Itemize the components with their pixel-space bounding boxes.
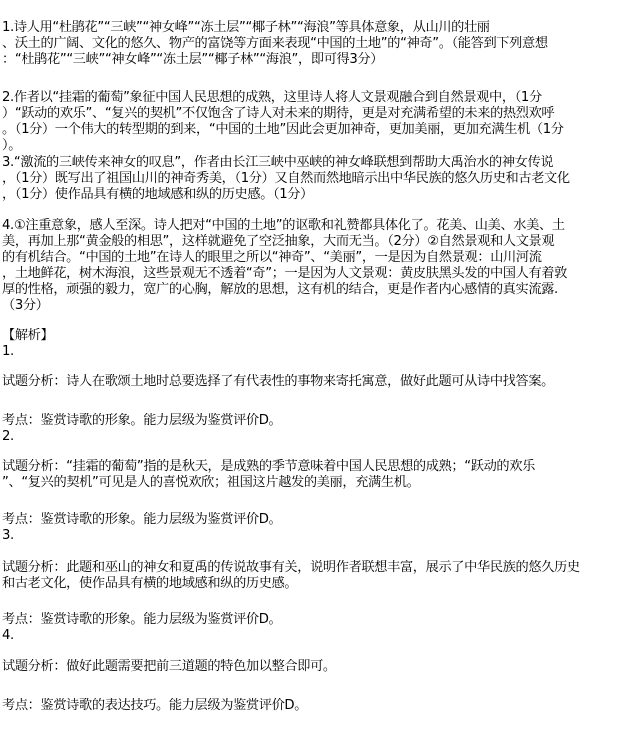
analysis-3-kaodian-block: 考点：鉴赏诗歌的形象。能力层级为鉴赏评价D。 4. bbox=[2, 612, 628, 644]
answer-1: 1.诗人用“杜鹃花”“三峡”“神女峰”“冻土层”“椰子林”“海浪”等具体意象，从… bbox=[2, 20, 628, 68]
answer-2-line-3: 。（1分）一个伟大的转型期的到来，“中国的土地”因此会更加神奇，更加美丽，更加充… bbox=[2, 122, 628, 138]
answer-3-line-1: 3.“激流的三峡传来神女的叹息”，作者由长江三峡中巫峡的神女峰联想到帮助大禹治水… bbox=[2, 155, 628, 171]
answer-4-line-1: 4.①注重意象，感人至深。诗人把对“中国的土地”的讴歌和礼赞都具体化了。花美、山… bbox=[2, 218, 628, 234]
answer-4-line-2: 美，再加上那“黄金般的相思”，这样就避免了空泛抽象，大而无当。（2分）②自然景观… bbox=[2, 234, 628, 250]
analysis-3-number: 3. bbox=[2, 528, 628, 544]
answer-2: 2.作者以“挂霜的葡萄”象征中国人民思想的成熟，这里诗人将人文景观融合到自然景观… bbox=[2, 90, 628, 154]
analysis-4-number: 4. bbox=[2, 628, 628, 644]
answer-3: 3.“激流的三峡传来神女的叹息”，作者由长江三峡中巫峡的神女峰联想到帮助大禹治水… bbox=[2, 155, 628, 203]
analysis-2-line-1: 试题分析：“挂霜的葡萄”指的是秋天，是成熟的季节意味着中国人民思想的成熟；“跃动… bbox=[2, 459, 628, 475]
analysis-4-kaodian-block: 考点：鉴赏诗歌的表达技巧。能力层级为鉴赏评价D。 bbox=[2, 698, 628, 714]
answer-4-line-3: 的有机结合。“中国的土地”在诗人的眼里之所以“神奇”、“美丽”，一是因为自然景观… bbox=[2, 250, 628, 266]
answer-4-line-4: ，土地鲜花，树木海浪，这些景观无不透着“奇”；一是因为人文景观：黄皮肤黑头发的中… bbox=[2, 266, 628, 282]
answer-1-line-1: 1.诗人用“杜鹃花”“三峡”“神女峰”“冻土层”“椰子林”“海浪”等具体意象，从… bbox=[2, 20, 628, 36]
analysis-4-line-1: 试题分析：做好此题需要把前三道题的特色加以整合即可。 bbox=[2, 659, 628, 675]
analysis-1-text: 试题分析：诗人在歌颂土地时总要选择了有代表性的事物来寄托寓意，做好此题可从诗中找… bbox=[2, 374, 628, 390]
analysis-4-text: 试题分析：做好此题需要把前三道题的特色加以整合即可。 bbox=[2, 659, 628, 675]
analysis-1-kaodian: 考点：鉴赏诗歌的形象。能力层级为鉴赏评价D。 bbox=[2, 413, 628, 429]
analysis-2-kaodian-block: 考点：鉴赏诗歌的形象。能力层级为鉴赏评价D。 3. bbox=[2, 512, 628, 544]
answer-3-line-3: ，（1分）使作品具有横的地域感和纵的历史感。（1分） bbox=[2, 187, 628, 203]
answer-2-line-2: ）“跃动的欢乐”、“复兴的契机”不仅饱含了诗人对未来的期待，更是对充满希望的未来… bbox=[2, 106, 628, 122]
answer-2-line-1: 2.作者以“挂霜的葡萄”象征中国人民思想的成熟，这里诗人将人文景观融合到自然景观… bbox=[2, 90, 628, 106]
analysis-2-kaodian: 考点：鉴赏诗歌的形象。能力层级为鉴赏评价D。 bbox=[2, 512, 628, 528]
analysis-3-kaodian: 考点：鉴赏诗歌的形象。能力层级为鉴赏评价D。 bbox=[2, 612, 628, 628]
answer-3-line-2: ，（1分）既写出了祖国山川的神奇秀美，（1分）又自然而然地暗示出中华民族的悠久历… bbox=[2, 171, 628, 187]
analysis-heading-block: 【解析】 1. bbox=[2, 328, 628, 360]
analysis-1-kaodian-block: 考点：鉴赏诗歌的形象。能力层级为鉴赏评价D。 2. bbox=[2, 413, 628, 445]
analysis-2-line-2: ”、“复兴的契机”可见是人的喜悦欢欣；祖国这片越发的美丽，充满生机。 bbox=[2, 475, 628, 491]
analysis-1-number: 1. bbox=[2, 344, 628, 360]
analysis-1-line-1: 试题分析：诗人在歌颂土地时总要选择了有代表性的事物来寄托寓意，做好此题可从诗中找… bbox=[2, 374, 628, 390]
answer-1-line-2: 、沃土的广阔、文化的悠久、物产的富饶等方面来表现“中国的土地”的“神奇”。（能答… bbox=[2, 36, 628, 52]
analysis-heading: 【解析】 bbox=[2, 328, 628, 344]
analysis-3-line-2: 和古老文化，使作品具有横的地域感和纵的历史感。 bbox=[2, 576, 628, 592]
analysis-4-kaodian: 考点：鉴赏诗歌的表达技巧。能力层级为鉴赏评价D。 bbox=[2, 698, 628, 714]
answer-2-line-4: ）。 bbox=[2, 138, 628, 154]
answer-4: 4.①注重意象，感人至深。诗人把对“中国的土地”的讴歌和礼赞都具体化了。花美、山… bbox=[2, 218, 628, 314]
answer-4-line-6: （3分） bbox=[2, 298, 628, 314]
analysis-2-text: 试题分析：“挂霜的葡萄”指的是秋天，是成熟的季节意味着中国人民思想的成熟；“跃动… bbox=[2, 459, 628, 491]
answer-1-line-3: ：“杜鹃花”“三峡”“神女峰”“冻土层”“椰子林”“海浪”，即可得3分） bbox=[2, 52, 628, 68]
analysis-3-line-1: 试题分析：此题和巫山的神女和夏禹的传说故事有关，说明作者联想丰富，展示了中华民族… bbox=[2, 560, 628, 576]
analysis-2-number: 2. bbox=[2, 429, 628, 445]
answer-4-line-5: 厚的性格，顽强的毅力，宽广的心胸，解放的思想，这有机的结合，更是作者内心感情的真… bbox=[2, 282, 628, 298]
analysis-3-text: 试题分析：此题和巫山的神女和夏禹的传说故事有关，说明作者联想丰富，展示了中华民族… bbox=[2, 560, 628, 592]
